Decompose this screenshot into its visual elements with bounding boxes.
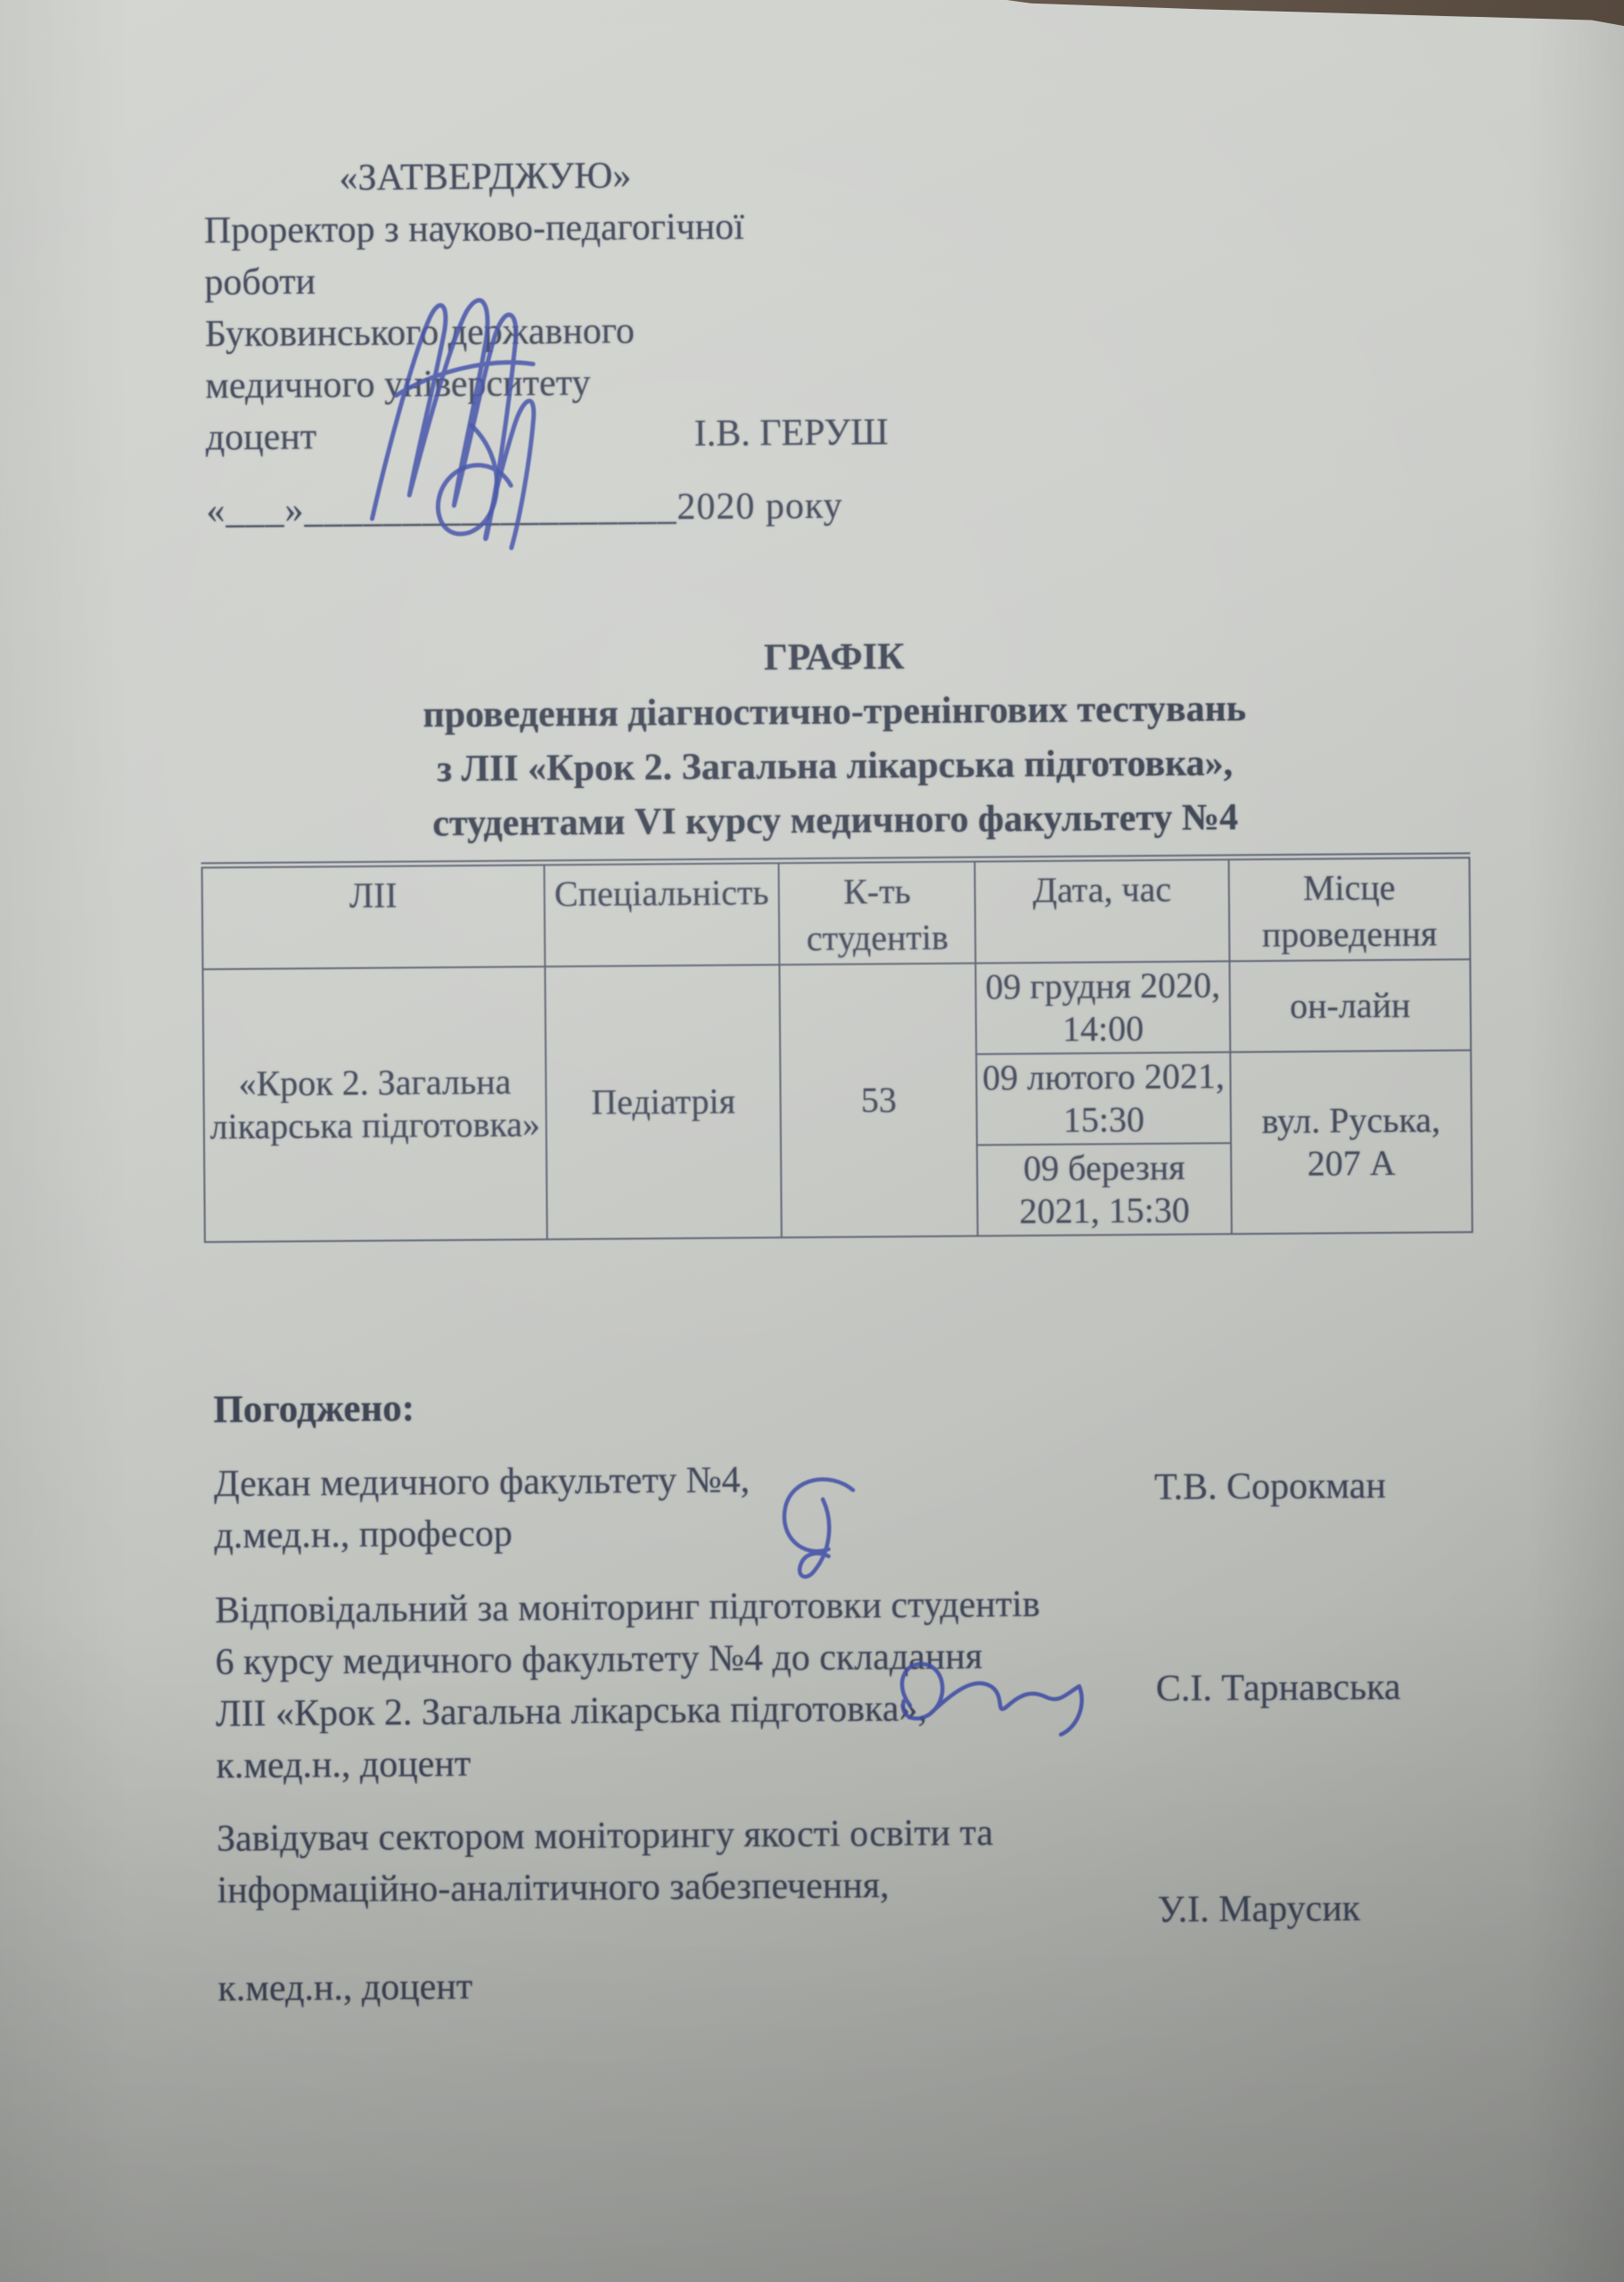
exam-cell: «Крок 2. Загальна лікарська підготовка» — [202, 966, 546, 1242]
schedule-table: ЛІІ Спеціальність К-ть студентів Дата, ч… — [201, 852, 1473, 1243]
title-line: студентами VI курсу медичного факультету… — [201, 794, 1470, 858]
header-datetime: Дата, час — [975, 858, 1229, 964]
title-line: з ЛІІ «Крок 2. Загальна лікарська підгот… — [201, 740, 1470, 804]
session-datetime-cell: 09 лютого 2021, 15:30 — [977, 1052, 1231, 1145]
title-line: проведення діагностично-тренінгових тест… — [200, 685, 1469, 750]
session-datetime-cell: 09 грудня 2020, 14:00 — [976, 961, 1230, 1054]
document-page: «ЗАТВЕРДЖУЮ» Проректор з науково-педагог… — [0, 0, 1624, 2282]
signer-name: С.І. Тарнавська — [1156, 1666, 1401, 1711]
agreed-entry-line: Завідувач сектором моніторингу якості ос… — [217, 1811, 994, 1869]
agreed-entry-quality-sector: Завідувач сектором моніторингу якості ос… — [217, 1811, 995, 2019]
approval-line: Проректор з науково-педагогічної — [204, 203, 1006, 261]
students-count-cell: 53 — [779, 964, 978, 1238]
approval-line: Буковинського державного — [205, 307, 1007, 365]
agreed-entry-line: д.мед.н., професор — [214, 1511, 750, 1567]
agreed-entry-line: ЛІІ «Крок 2. Загальна лікарська підготов… — [216, 1687, 1041, 1744]
agreed-entry-line: Відповідальний за моніторинг підготовки … — [215, 1583, 1040, 1641]
approval-date-line: «___»___________________2020 року — [206, 483, 1008, 541]
header-lii: ЛІІ — [202, 863, 545, 970]
approval-line: медичного університету — [205, 358, 1007, 416]
agreed-entry-line: Декан медичного факультету №4, — [214, 1459, 750, 1515]
approval-stamp: «ЗАТВЕРДЖУЮ» — [203, 152, 1005, 209]
agreed-entry-line: 6 курсу медичного факультету №4 до склад… — [215, 1635, 1040, 1693]
agreed-entry-line: інформаційно-аналітичного забезпечення, — [217, 1863, 994, 1921]
approver-title: доцент — [206, 416, 317, 458]
agreed-heading: Погоджено: — [213, 1387, 414, 1432]
table-row: «Крок 2. Загальна лікарська підготовка» … — [202, 959, 1471, 1060]
header-specialty: Спеціальність — [544, 861, 779, 967]
agreed-entry-line: к.мед.н., доцент — [216, 1738, 1041, 1796]
session-datetime-cell: 09 березня 2021, 15:30 — [977, 1143, 1231, 1235]
approval-line: роботи — [204, 255, 1006, 313]
agreed-entry-monitoring: Відповідальний за моніторинг підготовки … — [215, 1583, 1041, 1796]
agreed-entry-line: к.мед.н., доцент — [217, 1961, 995, 2019]
header-students: К-ть студентів — [779, 859, 976, 965]
approval-line: доцент І.В. ГЕРУШ — [206, 410, 1008, 468]
signature-dean — [766, 1468, 882, 1587]
document-title: ГРАФІК проведення діагностично-тренінгов… — [200, 631, 1471, 858]
agreed-entry-dean: Декан медичного факультету №4, д.мед.н.,… — [214, 1459, 750, 1567]
header-place: Місце проведення — [1228, 856, 1470, 962]
specialty-cell: Педіатрія — [545, 965, 781, 1239]
session-place-cell: он-лайн — [1229, 959, 1471, 1052]
signer-name: Т.В. Сорокман — [1154, 1465, 1386, 1509]
photo-frame: «ЗАТВЕРДЖУЮ» Проректор з науково-педагог… — [0, 0, 1624, 2282]
title-line: ГРАФІК — [200, 631, 1469, 695]
table-header-row: ЛІІ Спеціальність К-ть студентів Дата, ч… — [202, 856, 1471, 970]
approval-block: «ЗАТВЕРДЖУЮ» Проректор з науково-педагог… — [203, 152, 1008, 541]
session-place-cell: вул. Руська, 207 А — [1230, 1050, 1472, 1234]
approver-name: І.В. ГЕРУШ — [694, 411, 889, 456]
signer-name: У.І. Марусик — [1158, 1887, 1361, 1932]
